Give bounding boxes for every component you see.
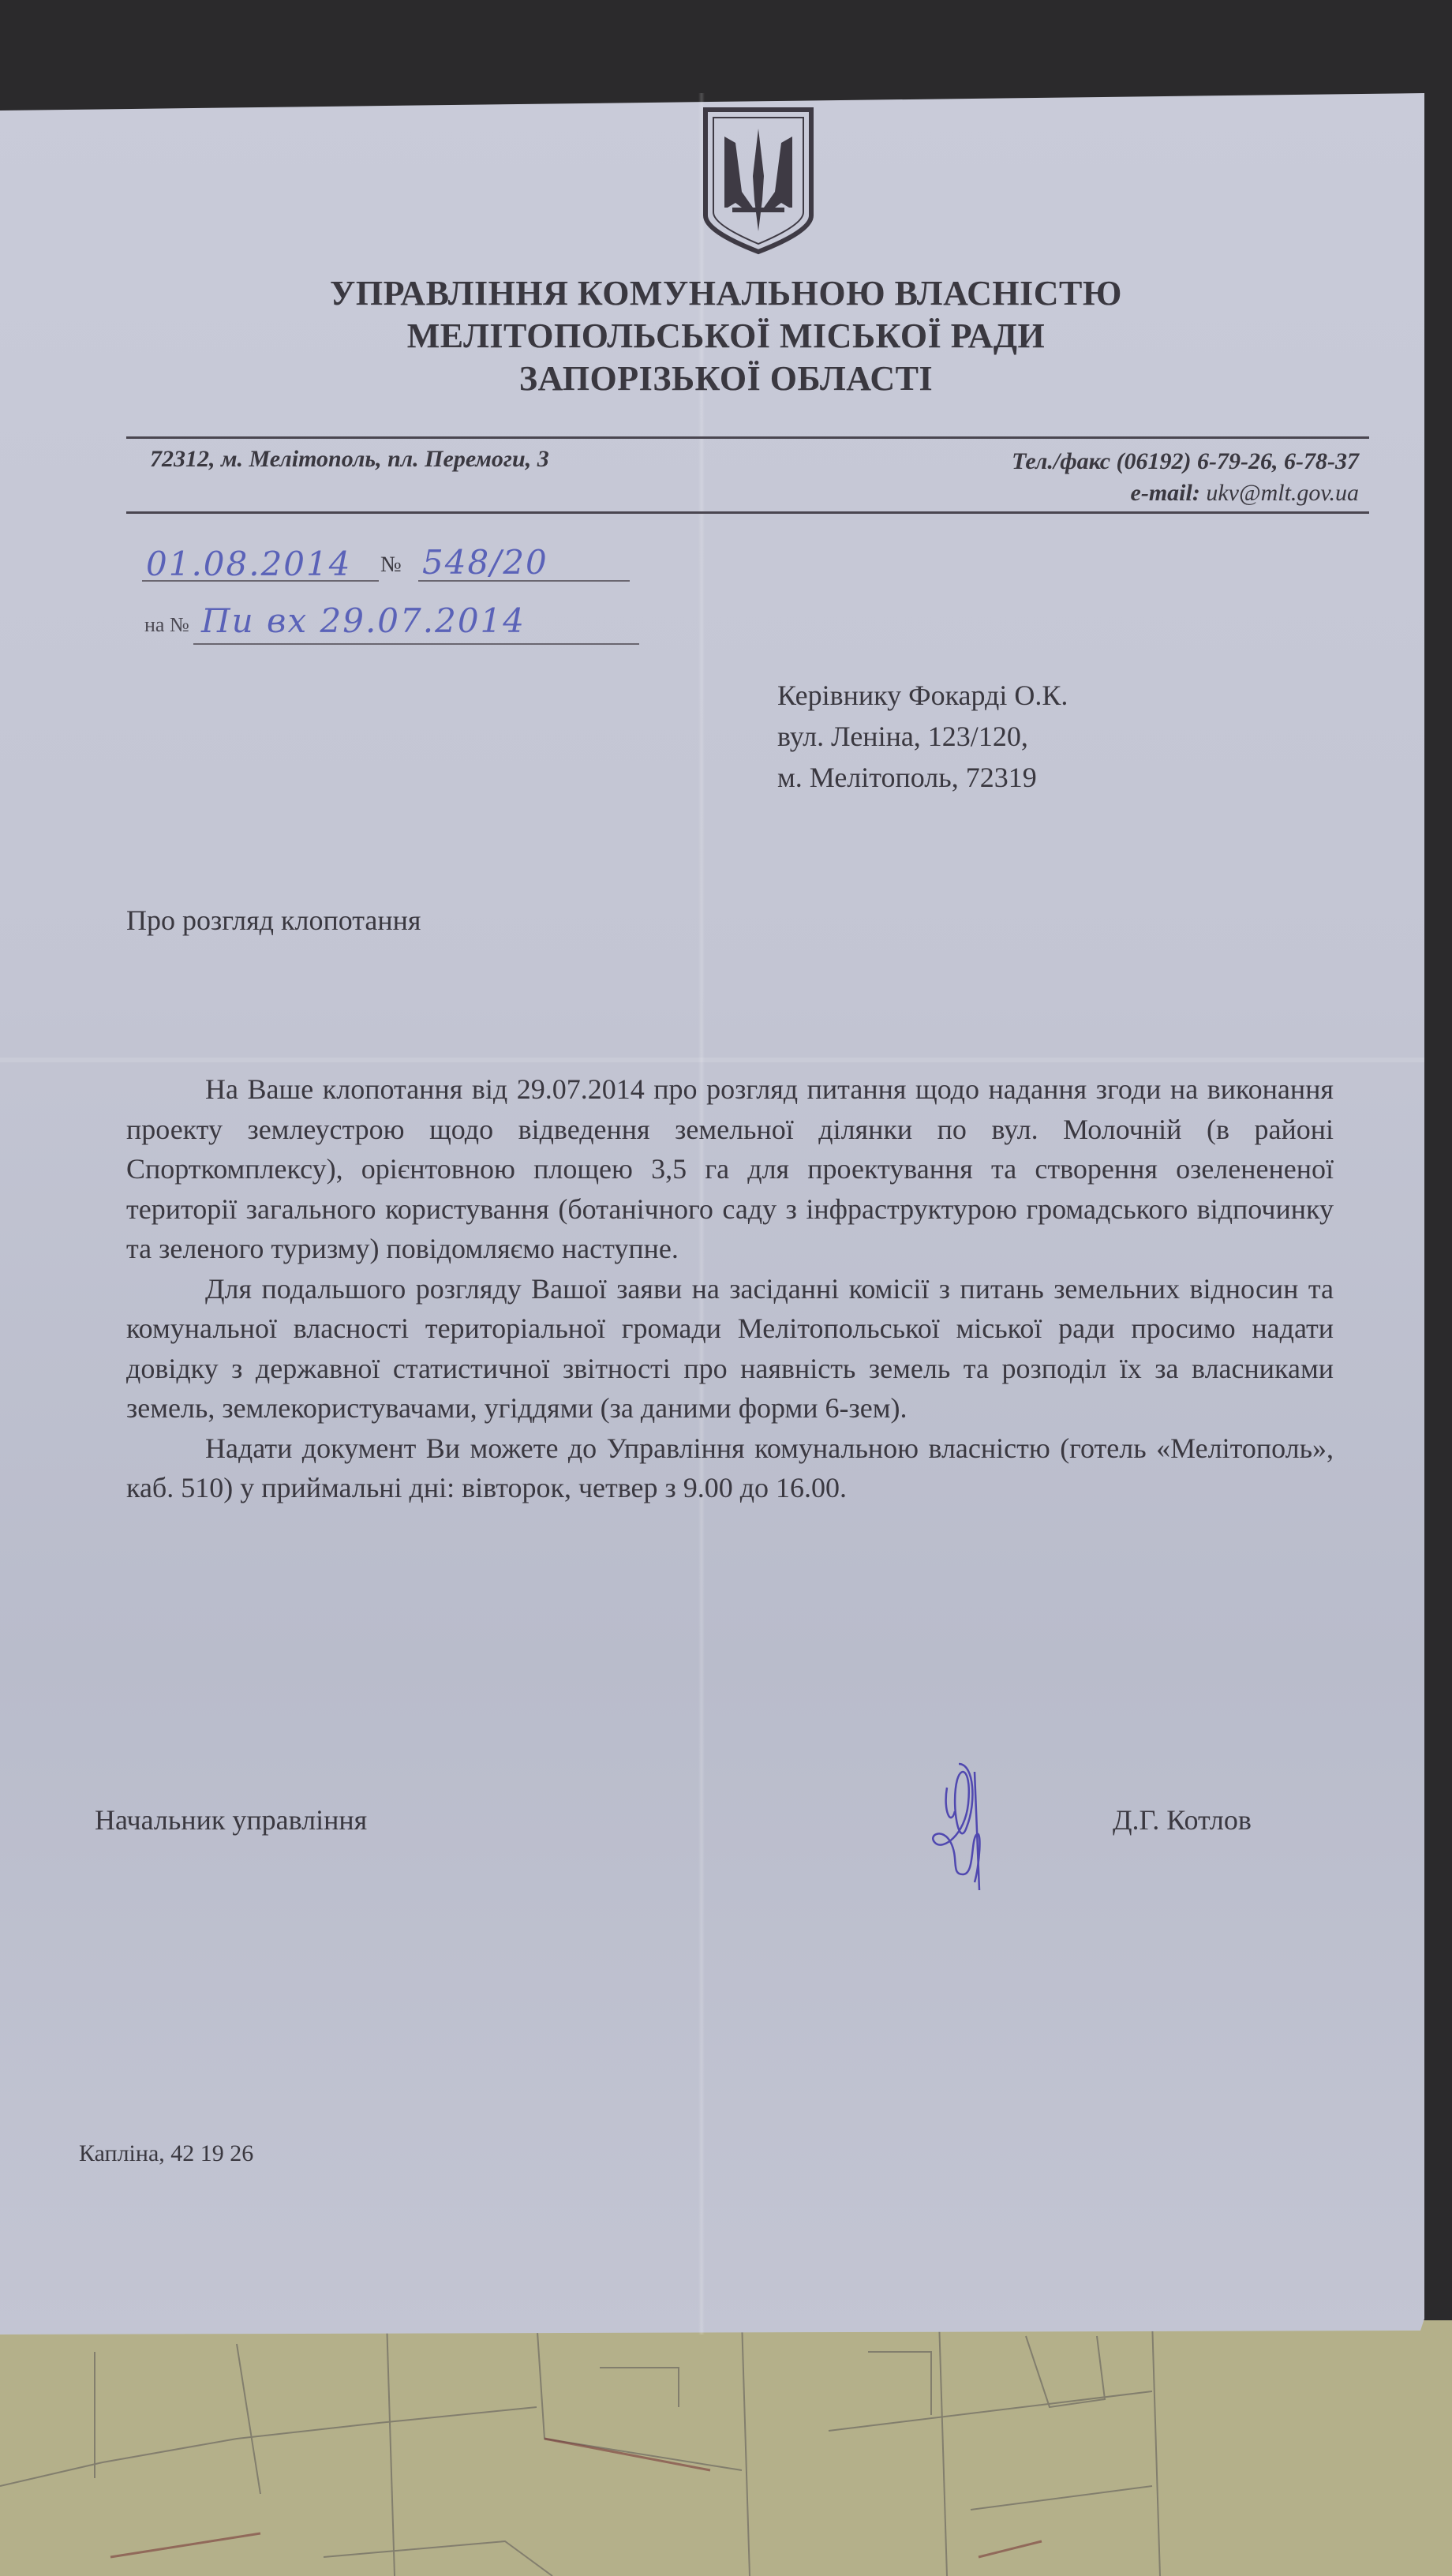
letter-subject: Про розгляд клопотання bbox=[126, 904, 421, 937]
org-title-line-1: УПРАВЛІННЯ КОМУНАЛЬНОЮ ВЛАСНІСТЮ bbox=[118, 272, 1334, 315]
cadastral-map-lines bbox=[0, 2320, 1452, 2576]
org-title-line-2: МЕЛІТОПОЛЬСЬКОЇ МІСЬКОЇ РАДИ bbox=[118, 315, 1334, 358]
addressee-block: Керівнику Фокарді О.К. вул. Леніна, 123/… bbox=[777, 675, 1068, 798]
paper-fold-horizontal bbox=[0, 1058, 1424, 1062]
reply-to-value: Пи вх 29.07.2014 bbox=[201, 601, 526, 640]
signatory-name: Д.Г. Котлов bbox=[1113, 1803, 1252, 1837]
body-paragraph-2: Для подальшого розгляду Вашої заяви на з… bbox=[126, 1269, 1334, 1428]
organization-title: УПРАВЛІННЯ КОМУНАЛЬНОЮ ВЛАСНІСТЮ МЕЛІТОП… bbox=[118, 272, 1334, 400]
addressee-city: м. Мелітополь, 72319 bbox=[777, 757, 1068, 798]
reply-to-underline bbox=[193, 643, 639, 645]
body-paragraph-1: На Ваше клопотання від 29.07.2014 про ро… bbox=[126, 1069, 1334, 1269]
trident-coat-of-arms-icon bbox=[701, 105, 816, 255]
addressee-street: вул. Леніна, 123/120, bbox=[777, 716, 1068, 757]
body-paragraph-3: Надати документ Ви можете до Управління … bbox=[126, 1428, 1334, 1508]
letterhead-rule-top bbox=[126, 436, 1369, 439]
signatory-title: Начальник управління bbox=[95, 1803, 367, 1837]
email-label: e-mail: bbox=[1131, 480, 1200, 506]
email-value: ukv@mlt.gov.ua bbox=[1206, 480, 1359, 506]
number-label: № bbox=[380, 552, 402, 578]
letterhead-phone: Тел./факс (06192) 6-79-26, 6-78-37 bbox=[1012, 446, 1359, 477]
addressee-name: Керівнику Фокарді О.К. bbox=[777, 675, 1068, 716]
letterhead-rule-bottom bbox=[126, 511, 1369, 514]
letterhead-address: 72312, м. Мелітополь, пл. Перемоги, 3 bbox=[150, 446, 549, 473]
registration-number: 548/20 bbox=[422, 543, 548, 582]
letterhead-email-row: e-mail: ukv@mlt.gov.ua bbox=[1012, 477, 1359, 509]
org-title-line-3: ЗАПОРІЗЬКОЇ ОБЛАСТІ bbox=[118, 358, 1334, 400]
number-underline bbox=[418, 580, 630, 582]
letterhead-contacts: Тел./факс (06192) 6-79-26, 6-78-37 e-mai… bbox=[1012, 446, 1359, 509]
date-underline bbox=[142, 580, 379, 582]
letter-body: На Ваше клопотання від 29.07.2014 про ро… bbox=[126, 1069, 1334, 1508]
handwritten-signature-icon bbox=[927, 1756, 990, 1898]
executor-contact: Капліна, 42 19 26 bbox=[79, 2140, 253, 2167]
registration-date: 01.08.2014 bbox=[146, 545, 351, 583]
reply-to-label: на № bbox=[144, 613, 189, 637]
